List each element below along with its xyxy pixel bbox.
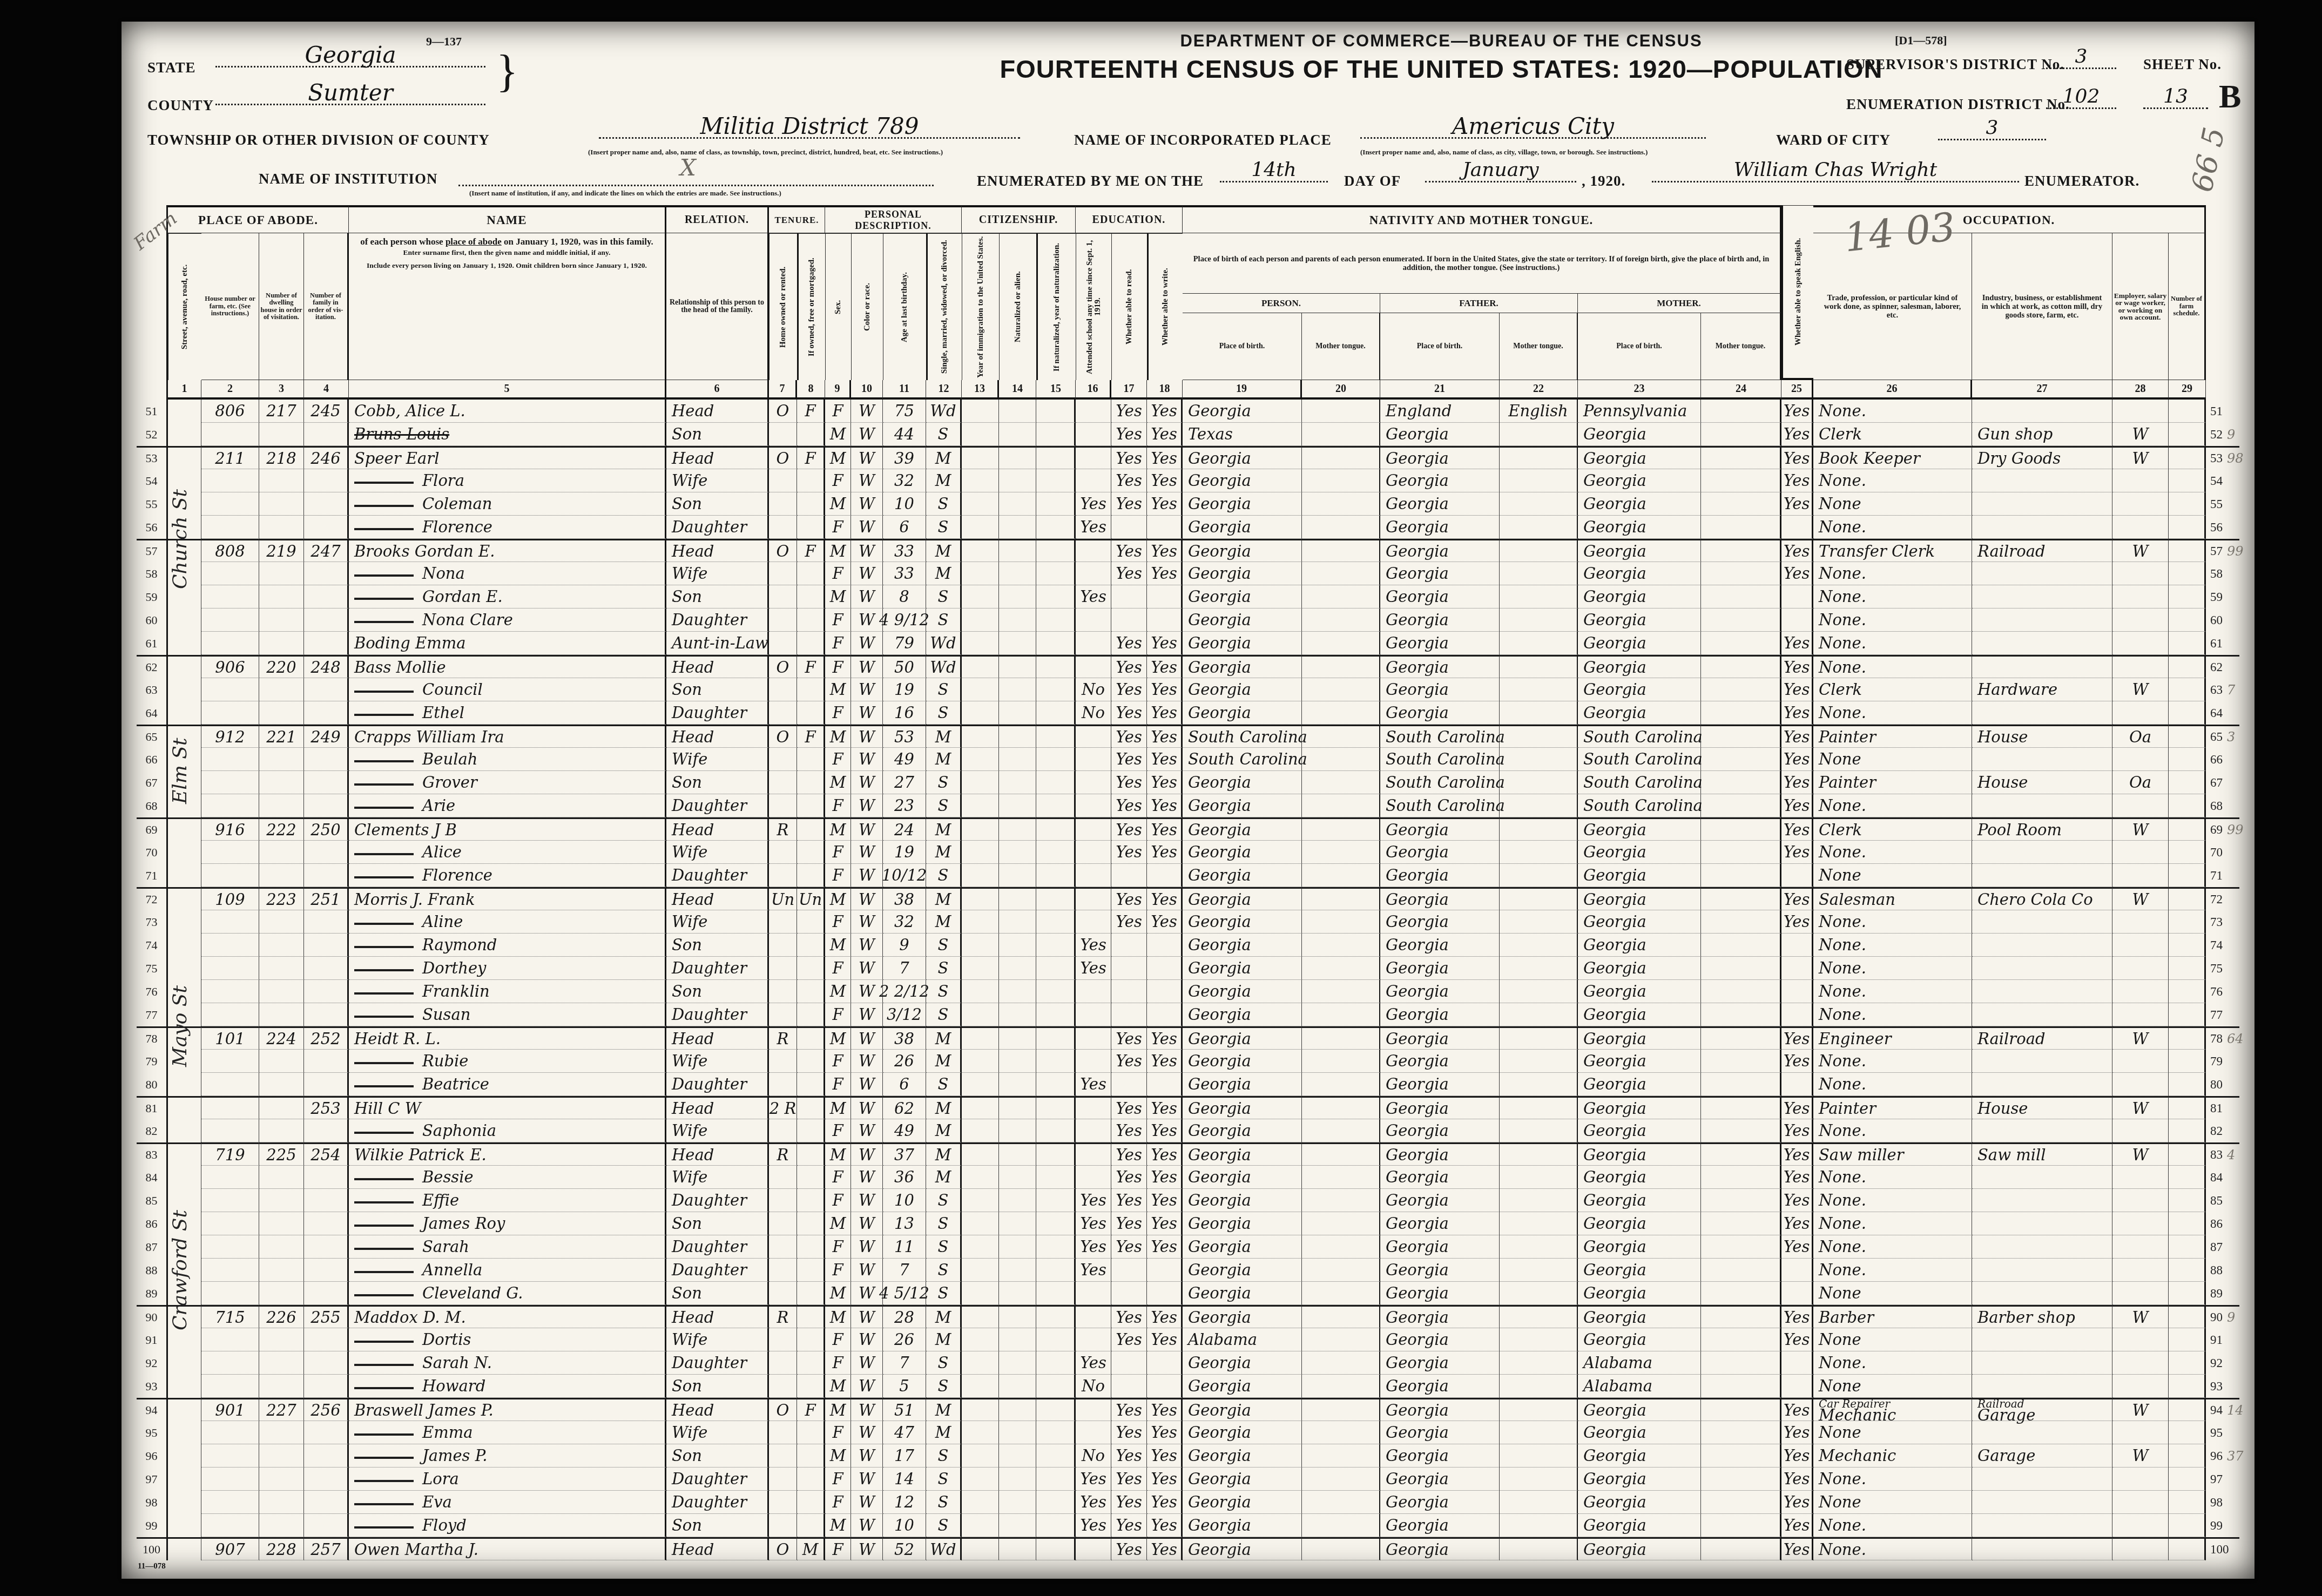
house-number-cell: 719 — [201, 1142, 259, 1166]
sex-cell: M — [825, 446, 851, 469]
line-number-right: 77 — [2206, 1003, 2239, 1026]
column-number-24: 24 — [1701, 380, 1781, 400]
person-birthplace-cell: Georgia — [1183, 539, 1302, 562]
able-to-write-cell: Yes — [1147, 678, 1183, 701]
employer-class-cell — [2112, 1514, 2169, 1537]
mother-tongue-cell — [1701, 400, 1781, 423]
attended-school-cell — [1076, 1142, 1111, 1166]
naturalized-cell — [999, 1398, 1036, 1421]
house-number-cell: 715 — [201, 1305, 259, 1328]
dwelling-number-cell — [259, 1003, 304, 1026]
occupation-trade-cell: None. — [1813, 1119, 1972, 1142]
employer-class-cell — [2112, 585, 2169, 608]
sex-cell: F — [825, 1073, 851, 1096]
age-cell: 47 — [883, 1421, 926, 1444]
col13-immigration-year-header: Year of immigra­tion to the Unit­ed Stat… — [962, 233, 999, 380]
person-birthplace-cell: Texas — [1183, 423, 1302, 446]
sex-cell: F — [825, 1189, 851, 1212]
occupation-industry-cell — [1972, 701, 2112, 725]
nativity-group-title: NATIVITY AND MOTHER TONGUE. — [1183, 205, 1781, 233]
occupation-industry-cell: Chero Cola Co — [1972, 887, 2112, 910]
occupation-industry-cell — [1972, 1351, 2112, 1375]
occupation-industry-cell — [1972, 1073, 2112, 1096]
dwelling-number-cell — [259, 771, 304, 794]
naturalization-year-cell — [1036, 492, 1076, 516]
able-to-read-cell: Yes — [1111, 1398, 1147, 1421]
dwelling-number-cell: 217 — [259, 400, 304, 423]
sex-cell: M — [825, 1096, 851, 1119]
father-tongue-cell — [1500, 655, 1578, 678]
county-label: COUNTY — [147, 97, 214, 114]
occupation-trade-cell: None — [1813, 1375, 1972, 1398]
naturalized-cell — [999, 1050, 1036, 1073]
line-number-right: 73 — [2206, 910, 2239, 934]
mother-tongue-cell — [1701, 1467, 1781, 1491]
name-cell: Wilkie Patrick E. — [349, 1142, 666, 1166]
line-number-left: 75 — [137, 957, 168, 980]
naturalized-cell — [999, 562, 1036, 585]
father-tongue-cell — [1500, 1421, 1578, 1444]
person-tongue-cell — [1302, 1421, 1380, 1444]
line-number-left: 69 — [137, 817, 168, 841]
naturalized-cell — [999, 817, 1036, 841]
house-number-cell — [201, 1282, 259, 1305]
immigration-year-cell — [962, 1282, 999, 1305]
person-tongue-cell — [1302, 725, 1380, 748]
able-to-read-cell: Yes — [1111, 1235, 1147, 1259]
occupation-industry-cell — [1972, 655, 2112, 678]
father-tongue-cell — [1500, 1467, 1578, 1491]
person-tongue-cell — [1302, 1328, 1380, 1351]
mother-birthplace-cell: Georgia — [1578, 678, 1701, 701]
naturalized-cell — [999, 1073, 1036, 1096]
attended-school-cell — [1076, 980, 1111, 1003]
street-name-margin-4: Crawford St — [169, 1142, 200, 1398]
sex-cell: F — [825, 562, 851, 585]
occupation-industry-cell — [1972, 1050, 2112, 1073]
attended-school-cell: Yes — [1076, 1189, 1111, 1212]
immigration-year-cell — [962, 492, 999, 516]
mother-tongue-cell — [1701, 539, 1781, 562]
age-cell: 49 — [883, 748, 926, 771]
occupation-trade-cell: None. — [1813, 980, 1972, 1003]
col3-dwelling-number-header: Num­ber of dwell­ing house in order of v… — [259, 233, 304, 380]
father-birthplace-cell: Georgia — [1380, 1328, 1500, 1351]
institution-label: NAME OF INSTITUTION — [259, 171, 438, 187]
line-number-right: 70 — [2206, 841, 2239, 864]
person-birthplace-cell: Georgia — [1183, 1375, 1302, 1398]
occupation-trade-cell: Clerk — [1813, 817, 1972, 841]
person-tongue-cell — [1302, 632, 1380, 655]
naturalized-cell — [999, 469, 1036, 492]
day-of-label: DAY OF — [1344, 173, 1401, 190]
mother-tongue-cell — [1701, 1375, 1781, 1398]
free-mortgaged-cell — [797, 1375, 825, 1398]
occupation-trade-cell: None — [1813, 1282, 1972, 1305]
father-tongue-cell — [1500, 841, 1578, 864]
line-number-left: 63 — [137, 678, 168, 701]
color-race-cell: W — [851, 1096, 883, 1119]
name-cell: Morris J. Frank — [349, 887, 666, 910]
house-number-cell: 916 — [201, 817, 259, 841]
color-race-cell: W — [851, 910, 883, 934]
attended-school-cell — [1076, 1003, 1111, 1026]
line-number-right: 84 — [2206, 1166, 2239, 1189]
mother-birthplace-cell: Georgia — [1578, 1096, 1701, 1119]
person-birthplace-cell: Georgia — [1183, 1421, 1302, 1444]
immigration-year-cell — [962, 446, 999, 469]
family-number-cell — [304, 1189, 349, 1212]
sex-cell: F — [825, 400, 851, 423]
house-number-cell — [201, 1050, 259, 1073]
farm-schedule-cell — [2169, 655, 2206, 678]
relation-cell: Head — [666, 1398, 769, 1421]
marital-status-cell: S — [926, 1259, 962, 1282]
naturalization-year-cell — [1036, 1375, 1076, 1398]
able-to-read-cell: Yes — [1111, 655, 1147, 678]
mother-tongue-cell — [1701, 1003, 1781, 1026]
able-to-write-cell: Yes — [1147, 1119, 1183, 1142]
naturalization-year-cell — [1036, 1096, 1076, 1119]
ward-label: WARD OF CITY — [1776, 132, 1891, 148]
able-to-write-cell: Yes — [1147, 655, 1183, 678]
relation-cell: Head — [666, 539, 769, 562]
col10-color-race-header: Color or race. — [851, 233, 883, 380]
able-to-write-cell — [1147, 1282, 1183, 1305]
able-to-write-cell: Yes — [1147, 1212, 1183, 1235]
person-birthplace-cell: Georgia — [1183, 1537, 1302, 1560]
person-tongue-cell — [1302, 1026, 1380, 1050]
relation-cell: Wife — [666, 469, 769, 492]
occupation-industry-cell — [1972, 562, 2112, 585]
person-tongue-cell — [1302, 516, 1380, 539]
home-owned-cell: R — [769, 1026, 797, 1050]
house-number-cell — [201, 1444, 259, 1467]
person-tongue-cell — [1302, 701, 1380, 725]
line-number-right: 9414 — [2206, 1398, 2239, 1421]
father-tongue-cell — [1500, 516, 1578, 539]
naturalization-year-cell — [1036, 608, 1076, 632]
line-number-right: 66 — [2206, 748, 2239, 771]
color-race-cell: W — [851, 1259, 883, 1282]
enumerator-label: ENUMERATOR. — [2024, 173, 2139, 190]
able-to-read-cell: Yes — [1111, 887, 1147, 910]
immigration-year-cell — [962, 1003, 999, 1026]
sex-cell: F — [825, 1351, 851, 1375]
mother-tongue-cell — [1701, 864, 1781, 887]
person-birthplace-cell: Georgia — [1183, 1259, 1302, 1282]
speaks-english-cell: Yes — [1781, 1166, 1813, 1189]
able-to-read-cell: Yes — [1111, 400, 1147, 423]
mother-birthplace-cell: Georgia — [1578, 1259, 1701, 1282]
attended-school-cell — [1076, 1328, 1111, 1351]
employer-class-cell — [2112, 1259, 2169, 1282]
relation-cell: Daughter — [666, 957, 769, 980]
name-cell: Coleman — [349, 492, 666, 516]
pencil-top-right: 66 5 — [2185, 124, 2232, 195]
person-birthplace-cell: Georgia — [1183, 1444, 1302, 1467]
house-number-cell — [201, 794, 259, 817]
col18-able-to-write-header: Whether able to write. — [1147, 233, 1183, 380]
father-birthplace-cell: Georgia — [1380, 980, 1500, 1003]
occupation-trade-cell: Transfer Clerk — [1813, 539, 1972, 562]
naturalization-year-cell — [1036, 1235, 1076, 1259]
name-column-description: of each person whose place of abode on J… — [349, 233, 666, 380]
age-cell: 13 — [883, 1212, 926, 1235]
person-tongue-cell — [1302, 655, 1380, 678]
relation-cell: Head — [666, 1096, 769, 1119]
county-value: Sumter — [215, 82, 485, 105]
able-to-write-cell: Yes — [1147, 492, 1183, 516]
employer-class-cell — [2112, 980, 2169, 1003]
occupation-trade-cell: None. — [1813, 1514, 1972, 1537]
dwelling-number-cell: 223 — [259, 887, 304, 910]
immigration-year-cell — [962, 1328, 999, 1351]
person-tongue-cell — [1302, 608, 1380, 632]
mother-birthplace-cell: Georgia — [1578, 1328, 1701, 1351]
marital-status-cell: M — [926, 469, 962, 492]
person-tongue-cell — [1302, 841, 1380, 864]
marital-status-cell: S — [926, 934, 962, 957]
relation-cell: Head — [666, 817, 769, 841]
marital-status-cell: S — [926, 1444, 962, 1467]
occupation-industry-cell — [1972, 585, 2112, 608]
family-number-cell — [304, 423, 349, 446]
color-race-cell: W — [851, 771, 883, 794]
mother-tongue-cell — [1701, 1421, 1781, 1444]
family-number-cell — [304, 794, 349, 817]
immigration-year-cell — [962, 608, 999, 632]
occupation-industry-cell — [1972, 1119, 2112, 1142]
occupation-trade-cell: None. — [1813, 1351, 1972, 1375]
father-tongue-cell — [1500, 608, 1578, 632]
attended-school-cell: No — [1076, 678, 1111, 701]
street-cell — [168, 400, 201, 423]
able-to-read-cell: Yes — [1111, 701, 1147, 725]
family-number-cell — [304, 980, 349, 1003]
occupation-trade-cell: None. — [1813, 957, 1972, 980]
name-cell: Emma — [349, 1421, 666, 1444]
person-tongue-cell — [1302, 1166, 1380, 1189]
naturalization-year-cell — [1036, 1259, 1076, 1282]
home-owned-cell — [769, 492, 797, 516]
father-birthplace-cell: Georgia — [1380, 887, 1500, 910]
able-to-read-cell: Yes — [1111, 794, 1147, 817]
home-owned-cell — [769, 957, 797, 980]
home-owned-cell — [769, 678, 797, 701]
marital-status-cell: S — [926, 1491, 962, 1514]
line-number-left: 54 — [137, 469, 168, 492]
able-to-write-cell — [1147, 1375, 1183, 1398]
house-number-cell — [201, 1514, 259, 1537]
person-birthplace-cell: Georgia — [1183, 701, 1302, 725]
able-to-write-cell — [1147, 980, 1183, 1003]
immigration-year-cell — [962, 725, 999, 748]
family-number-cell: 254 — [304, 1142, 349, 1166]
line-number-left: 76 — [137, 980, 168, 1003]
column-number-1: 1 — [168, 380, 201, 400]
employer-class-cell — [2112, 864, 2169, 887]
marital-status-cell: S — [926, 492, 962, 516]
marital-status-cell: S — [926, 1375, 962, 1398]
person-birthplace-cell: Georgia — [1183, 1026, 1302, 1050]
name-cell: Bessie — [349, 1166, 666, 1189]
mother-tongue-cell — [1701, 957, 1781, 980]
naturalization-year-cell — [1036, 1142, 1076, 1166]
line-number-right: 85 — [2206, 1189, 2239, 1212]
person-tongue-cell — [1302, 1212, 1380, 1235]
column-number-6: 6 — [666, 380, 769, 400]
family-number-cell: 248 — [304, 655, 349, 678]
naturalized-cell — [999, 748, 1036, 771]
mother-tongue-cell — [1701, 1096, 1781, 1119]
able-to-read-cell: Yes — [1111, 817, 1147, 841]
house-number-cell — [201, 864, 259, 887]
name-cell: Sarah — [349, 1235, 666, 1259]
home-owned-cell — [769, 1444, 797, 1467]
immigration-year-cell — [962, 1119, 999, 1142]
nativity-mother-header: MOTHER. — [1578, 294, 1781, 313]
farm-schedule-cell — [2169, 1189, 2206, 1212]
able-to-read-cell: Yes — [1111, 469, 1147, 492]
relation-cell: Son — [666, 492, 769, 516]
column-number-4: 4 — [304, 380, 349, 400]
speaks-english-cell — [1781, 1375, 1813, 1398]
mother-tongue-cell — [1701, 1026, 1781, 1050]
able-to-write-cell: Yes — [1147, 1444, 1183, 1467]
dwelling-number-cell — [259, 1514, 304, 1537]
free-mortgaged-cell: F — [797, 725, 825, 748]
father-tongue-cell — [1500, 794, 1578, 817]
attended-school-cell — [1076, 771, 1111, 794]
occupation-industry-cell — [1972, 1537, 2112, 1560]
relation-cell: Son — [666, 1444, 769, 1467]
relation-cell: Son — [666, 980, 769, 1003]
street-cell — [168, 423, 201, 446]
house-number-cell — [201, 423, 259, 446]
color-race-cell: W — [851, 1537, 883, 1560]
line-number-right: 56 — [2206, 516, 2239, 539]
employer-class-cell — [2112, 701, 2169, 725]
person-birthplace-cell: South Carolina — [1183, 725, 1302, 748]
occupation-industry-cell — [1972, 469, 2112, 492]
father-birthplace-cell: Georgia — [1380, 1189, 1500, 1212]
marital-status-cell: S — [926, 1073, 962, 1096]
home-owned-cell — [769, 771, 797, 794]
free-mortgaged-cell: F — [797, 446, 825, 469]
occupation-trade-cell: Clerk — [1813, 678, 1972, 701]
naturalized-cell — [999, 934, 1036, 957]
home-owned-cell: Un — [769, 887, 797, 910]
age-cell: 7 — [883, 1351, 926, 1375]
employer-class-cell — [2112, 1003, 2169, 1026]
line-number-left: 73 — [137, 910, 168, 934]
occupation-trade-cell: None — [1813, 1421, 1972, 1444]
speaks-english-cell — [1781, 1003, 1813, 1026]
house-number-cell — [201, 1073, 259, 1096]
line-number-right: 89 — [2206, 1282, 2239, 1305]
father-tongue-cell — [1500, 585, 1578, 608]
attended-school-cell: Yes — [1076, 492, 1111, 516]
immigration-year-cell — [962, 1212, 999, 1235]
attended-school-cell — [1076, 1119, 1111, 1142]
attended-school-cell: Yes — [1076, 1212, 1111, 1235]
able-to-write-cell — [1147, 1073, 1183, 1096]
employer-class-cell — [2112, 910, 2169, 934]
occupation-trade-cell: None. — [1813, 1189, 1972, 1212]
occupation-trade-cell: Painter — [1813, 771, 1972, 794]
marital-status-cell: Wd — [926, 632, 962, 655]
immigration-year-cell — [962, 1189, 999, 1212]
mother-birthplace-cell: Georgia — [1578, 446, 1701, 469]
dwelling-number-cell — [259, 492, 304, 516]
naturalized-cell — [999, 887, 1036, 910]
marital-status-cell: S — [926, 423, 962, 446]
naturalization-year-cell — [1036, 423, 1076, 446]
attended-school-cell — [1076, 1398, 1111, 1421]
occupation-industry-cell — [1972, 910, 2112, 934]
mother-birthplace-cell: Georgia — [1578, 1235, 1701, 1259]
line-number-right: 529 — [2206, 423, 2239, 446]
attended-school-cell — [1076, 1282, 1111, 1305]
family-number-cell: 246 — [304, 446, 349, 469]
sex-cell: F — [825, 1328, 851, 1351]
person-birthplace-cell: Georgia — [1183, 1398, 1302, 1421]
relation-cell: Head — [666, 1537, 769, 1560]
marital-status-cell: M — [926, 1096, 962, 1119]
immigration-year-cell — [962, 1444, 999, 1467]
attended-school-cell — [1076, 1096, 1111, 1119]
relation-cell: Wife — [666, 562, 769, 585]
family-number-cell: 253 — [304, 1096, 349, 1119]
house-number-cell: 806 — [201, 400, 259, 423]
relation-cell: Wife — [666, 1050, 769, 1073]
able-to-write-cell: Yes — [1147, 887, 1183, 910]
color-race-cell: W — [851, 492, 883, 516]
father-tongue-cell — [1500, 1026, 1578, 1050]
free-mortgaged-cell — [797, 1073, 825, 1096]
employer-class-cell — [2112, 1351, 2169, 1375]
person-birthplace-cell: Georgia — [1183, 1235, 1302, 1259]
line-number-left: 94 — [137, 1398, 168, 1421]
mother-birthplace-cell: Georgia — [1578, 1212, 1701, 1235]
tenure-group-title: TENURE. — [769, 205, 825, 233]
name-desc-line3: Include every person living on January 1… — [359, 259, 654, 272]
home-owned-cell — [769, 1282, 797, 1305]
mother-tongue-cell — [1701, 1235, 1781, 1259]
name-cell: Arie — [349, 794, 666, 817]
line-number-left: 55 — [137, 492, 168, 516]
mother-birthplace-cell: Alabama — [1578, 1375, 1701, 1398]
immigration-year-cell — [962, 1026, 999, 1050]
home-owned-cell — [769, 632, 797, 655]
occupation-trade-cell: None. — [1813, 632, 1972, 655]
naturalized-cell — [999, 1305, 1036, 1328]
speaks-english-cell: Yes — [1781, 1398, 1813, 1421]
color-race-cell: W — [851, 957, 883, 980]
col19-person-pob-header: Place of birth. — [1183, 313, 1302, 380]
sex-cell: M — [825, 678, 851, 701]
name-cell: Crapps William Ira — [349, 725, 666, 748]
family-number-cell — [304, 608, 349, 632]
occupation-trade-cell: None — [1813, 864, 1972, 887]
age-cell: 36 — [883, 1166, 926, 1189]
color-race-cell: W — [851, 1421, 883, 1444]
marital-status-cell: M — [926, 1119, 962, 1142]
speaks-english-cell: Yes — [1781, 701, 1813, 725]
occupation-industry-cell: Railroad — [1972, 539, 2112, 562]
house-number-cell — [201, 1491, 259, 1514]
